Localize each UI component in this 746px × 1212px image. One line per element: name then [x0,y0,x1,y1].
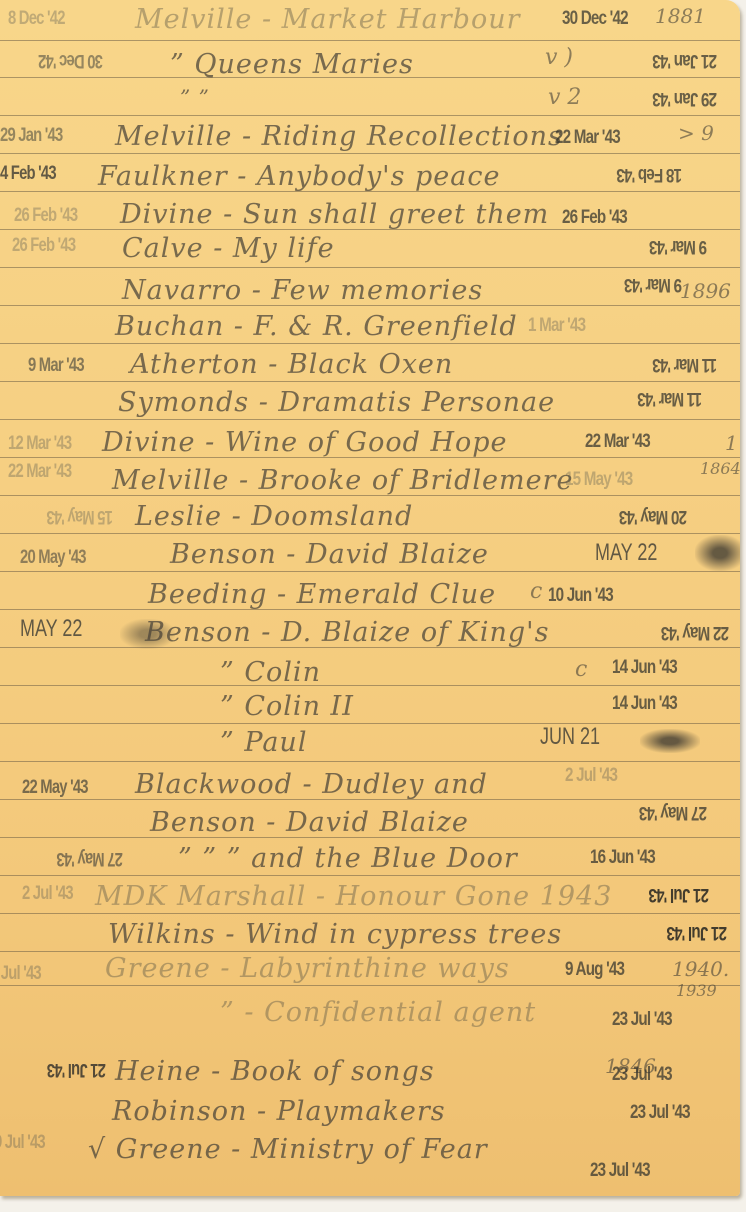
due-date-stamp: 21 Jul '43 [20,1058,106,1080]
loan-entry: 22 May '43 Blackwood - Dudley and 2 Jul … [0,763,740,801]
due-date-stamp: 4 Feb '43 [0,163,86,185]
due-date-stamp: 22 Mar '43 [8,461,94,483]
loan-entry: Navarro - Few memories 1896 9 Mar '43 [0,269,740,307]
loan-entry: Robinson - Playmakers 23 Jul '43 [0,1090,740,1128]
loan-entry: 2 Jul '43 MDK Marshall - Honour Gone 194… [0,877,740,915]
return-date-stamp: 18 Feb '43 [578,163,682,185]
return-date-stamp: 16 Jun '43 [590,847,694,869]
loan-entry: ” - Confidential agent 1939 23 Jul '43 [0,995,740,1033]
loan-entry: ” Colin c 14 Jun '43 [0,649,740,687]
return-date-stamp: 22 May '43 [625,621,729,643]
loan-entry: 12 Mar '43 Divine - Wine of Good Hope 1 … [0,421,740,459]
year-note: 1 [725,431,738,455]
return-date-stamp: MAY 22 [595,539,693,567]
return-date-stamp: 30 Dec '42 [562,8,666,30]
return-date-stamp: 23 Jul '43 [612,1064,716,1086]
ink-smudge [695,535,740,571]
return-date-stamp: 14 Jun '43 [612,657,716,679]
loan-entry: 22 Mar '43 Melville - Brooke of Bridleme… [0,459,740,497]
return-date-stamp: 27 May '43 [603,801,707,823]
book-entry: Wilkins - Wind in cypress trees [108,919,708,950]
year-note: 1896 [680,279,731,303]
loan-entry: MAY 22 Benson - D. Blaize of King's 22 M… [0,611,740,649]
return-date-stamp: 1 Mar '43 [528,315,632,337]
return-date-stamp: 23 Jul '43 [612,1009,716,1031]
due-date-stamp: 26 Feb '43 [12,235,98,257]
return-date-stamp: 9 Aug '43 [565,959,669,981]
loan-entry: 29 Jan '43 Melville - Riding Recollectio… [0,117,740,155]
year-note: > 9 [678,121,714,145]
return-date-stamp: 23 Jul '43 [590,1160,694,1182]
due-date-stamp: 12 Mar '43 [8,433,94,455]
loan-entry: 26 Feb '43 Calve - My life 9 Mar '43 [0,231,740,269]
loan-entry: 30 Dec '42 ” Queens Maries v ) 21 Jan '4… [0,41,740,79]
return-date-stamp: 20 May '43 [583,505,687,527]
due-date-stamp: 9 Mar '43 [28,355,114,377]
due-date-stamp: 30 Dec '42 [17,49,103,71]
loan-entry: Buchan - F. & R. Greenfield 1 Mar '43 [0,307,740,345]
return-date-stamp: 22 Mar '43 [555,127,659,149]
loan-entry: ” ” v 2 29 Jan '43 [0,79,740,117]
year-note: 1939 [676,981,717,1000]
library-record-card: 8 Dec '42 Melville - Market Harbour 1881… [0,0,740,1196]
return-date-stamp: 29 Jan '43 [613,87,717,109]
return-date-stamp: 21 Jul '43 [605,883,709,905]
loan-entry: 8 Dec '42 Melville - Market Harbour 1881… [0,2,740,40]
return-date-stamp: 23 Jul '43 [630,1102,734,1124]
due-date-stamp: 22 May '43 [22,777,108,799]
year-note: 1864 [700,459,740,478]
return-date-stamp: 11 Mar '43 [613,353,717,375]
check-mark: c [530,579,542,604]
return-date-stamp: 14 Jun '43 [612,693,716,715]
return-date-stamp: 9 Mar '43 [578,273,682,295]
check-mark: v 2 [548,85,581,110]
loan-entry: ” Colin II 14 Jun '43 [0,687,740,725]
due-date-stamp: 27 May '43 [37,847,123,869]
return-date-stamp: 9 Mar '43 [603,235,707,257]
loan-entry: 27 May '43 ” ” ” and the Blue Door 16 Ju… [0,839,740,877]
loan-entry: 15 May '43 Leslie - Doomsland 20 May '43 [0,497,740,535]
loan-entry: 2 Jul '43 Greene - Labyrinthine ways 194… [0,951,740,989]
return-date-stamp: 10 Jun '43 [548,585,652,607]
loan-entry: 9 Mar '43 Atherton - Black Oxen 11 Mar '… [0,345,740,383]
book-entry: Robinson - Playmakers [112,1096,712,1127]
loan-entry: 4 Feb '43 Faulkner - Anybody's peace 18 … [0,155,740,193]
due-date-stamp: 15 May '43 [27,505,113,527]
loan-entry: Benson - David Blaize 27 May '43 [0,801,740,839]
year-note: 1940. [672,957,729,981]
return-date-stamp: 22 Mar '43 [585,431,689,453]
loan-entry: 26 Feb '43 Divine - Sun shall greet them… [0,193,740,231]
loan-entry: Wilkins - Wind in cypress trees 21 Jul '… [0,915,740,953]
return-date-stamp: 26 Feb '43 [562,207,666,229]
return-date-stamp: 21 Jul '43 [623,921,727,943]
return-date-stamp: 2 Jul '43 [565,765,669,787]
due-date-stamp: 29 Jan '43 [0,125,86,147]
return-date-stamp: JUN 21 [540,723,638,751]
return-date-stamp: 21 Jan '43 [613,49,717,71]
loan-entry: 20 May '43 Benson - David Blaize MAY 22 [0,535,740,573]
check-mark: v ) [545,45,573,70]
loan-entry: ” Paul JUN 21 [0,725,740,763]
loan-entry: Beeding - Emerald Clue c 10 Jun '43 [0,573,740,611]
due-date-stamp: 9 Jul '43 [0,1132,80,1154]
loan-entry: 21 Jul '43 Heine - Book of songs 1846 23… [0,1052,740,1090]
ink-smudge [640,729,700,753]
check-mark: c [575,657,587,682]
due-date-stamp: 8 Dec '42 [8,8,94,30]
due-date-stamp: MAY 22 [20,615,103,643]
return-date-stamp: 15 May '43 [565,469,669,491]
return-date-stamp: 11 Mar '43 [598,387,702,409]
loan-entry: 9 Jul '43 √ Greene - Ministry of Fear 23… [0,1128,740,1166]
loan-entry: Symonds - Dramatis Personae 11 Mar '43 [0,383,740,421]
due-date-stamp: 26 Feb '43 [14,205,100,227]
due-date-stamp: 2 Jul '43 [0,963,76,985]
due-date-stamp: 20 May '43 [20,547,106,569]
